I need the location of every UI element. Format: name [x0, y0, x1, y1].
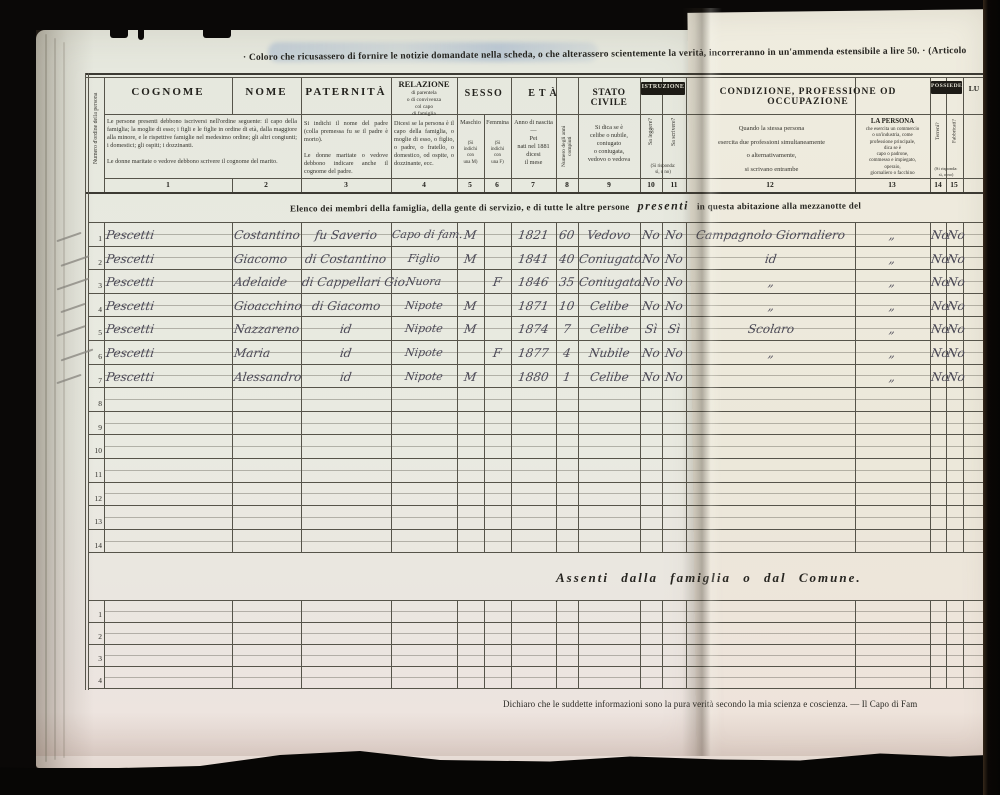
grid-line [88, 246, 983, 247]
grid-line [88, 505, 983, 506]
grid-line [104, 493, 983, 494]
grid-line [104, 423, 983, 424]
cell-nome: Alessandro [234, 370, 299, 384]
cell-anno: 1880 [512, 370, 555, 384]
cell-paternita: id [302, 322, 390, 336]
grid-line [578, 600, 579, 688]
colnum-4: 4 [414, 180, 434, 189]
cell-stato: Celibe [579, 370, 639, 384]
cell-nome: Nazzareno [234, 322, 299, 336]
grid-line [104, 470, 983, 471]
grid-line [556, 600, 557, 688]
cell-fabbricati: No [947, 299, 962, 313]
cell-terreni: No [931, 299, 945, 313]
cell-anno: 1841 [512, 252, 555, 266]
row-number: 4 [89, 676, 102, 685]
desc-paternita: Si indichi il nome del padre (colla prem… [304, 120, 388, 176]
row-number: 12 [89, 494, 102, 503]
page-fold-shadow [682, 8, 722, 756]
row-number: 1 [89, 610, 102, 619]
cell-relazione: Nipote [392, 370, 456, 383]
row-number: 3 [89, 281, 102, 290]
cell-relazione: Nipote [392, 299, 456, 312]
row-number: 1 [89, 234, 102, 243]
cell-relazione: Figlio [392, 252, 456, 265]
grid-line [391, 600, 392, 688]
colnum-13: 13 [882, 180, 902, 189]
grid-line [104, 600, 105, 688]
cell-stato: Nubile [579, 346, 639, 360]
grid-line [930, 222, 931, 552]
desc-stato-civile: Si dica se è celibe o nubile, coniugato … [580, 124, 638, 164]
grid-line [662, 600, 663, 688]
grid-line [88, 340, 983, 341]
header-eta: ETÀ [511, 88, 578, 99]
grid-line [88, 411, 983, 412]
grid-line [104, 517, 983, 518]
row-number: 8 [89, 399, 102, 408]
grid-line [457, 600, 458, 688]
cell-nome: Maria [234, 346, 299, 360]
page-edge-line [45, 34, 47, 762]
grid-line [946, 600, 947, 688]
cell-paternita: id [302, 370, 390, 384]
cell-nome: Adelaide [234, 275, 299, 289]
grid-line [104, 399, 983, 400]
grid-line [662, 222, 663, 552]
cell-cognome: Pescetti [106, 275, 230, 289]
grid-line [88, 529, 983, 530]
colnum-3: 3 [336, 180, 356, 189]
grid-line [88, 644, 983, 645]
label-fabbricati: Fabbricati? [947, 100, 962, 162]
row-number: 6 [89, 352, 102, 361]
grid-line [104, 541, 983, 542]
cell-m: M [458, 299, 483, 313]
grid-line [640, 222, 641, 552]
grid-line [640, 600, 641, 688]
row-number: 4 [89, 305, 102, 314]
cell-relazione: Nuora [392, 275, 456, 288]
header-luogo-fragment: LU [965, 84, 983, 93]
cell-terreni: No [931, 252, 945, 266]
cell-fabbricati: No [947, 370, 962, 384]
grid-line [104, 178, 983, 179]
colnum-10: 10 [641, 180, 661, 189]
grid-line [88, 688, 983, 689]
presenti-caption: Elenco dei membri della famiglia, della … [290, 198, 861, 216]
cell-prof2: „ [856, 346, 928, 360]
header-paternita: PATERNITÀ [301, 86, 391, 98]
grid-line [232, 178, 233, 192]
cell-fabbricati: No [947, 252, 962, 266]
desc-condizione-13: che esercita un commercio o un'industria… [857, 127, 928, 177]
head-la-persona: LA PERSONA [857, 118, 928, 125]
cell-anni: 1 [557, 370, 577, 384]
cell-prof2: „ [856, 228, 928, 242]
header-possiede: POSSIEDE [931, 81, 962, 94]
cell-anni: 35 [557, 275, 577, 289]
cell-anni: 4 [557, 346, 577, 360]
cell-anni: 10 [557, 299, 577, 313]
row-number: 13 [89, 517, 102, 526]
colnum-6: 6 [487, 180, 507, 189]
cell-nome: Giacomo [234, 252, 299, 266]
desc-relazione: Dicesi se la persona è il capo della fam… [394, 120, 454, 168]
row-number: 5 [89, 328, 102, 337]
cell-legge: No [641, 228, 661, 242]
scan-notch-artifact [110, 29, 128, 38]
colnum-11: 11 [664, 180, 684, 189]
label-anni-compiuti: Numero degli anni compiuti [557, 116, 577, 176]
header-nome: NOME [232, 86, 301, 98]
cell-stato: Vedovo [579, 228, 639, 242]
grid-line [104, 114, 983, 115]
colnum-8: 8 [557, 180, 577, 189]
row-number: 10 [89, 446, 102, 455]
cell-anni: 40 [557, 252, 577, 266]
grid-line [484, 600, 485, 688]
cell-cognome: Pescetti [106, 370, 230, 384]
cell-stato: Celibe [579, 322, 639, 336]
cell-paternita: id [302, 346, 390, 360]
row-number: 2 [89, 632, 102, 641]
cell-relazione: Capo di fam. [392, 228, 456, 241]
grid-line [484, 222, 485, 552]
bottom-page-shadow [36, 712, 983, 756]
header-cognome: COGNOME [104, 86, 232, 98]
row-number: 11 [89, 470, 102, 479]
page-edge-line [54, 38, 56, 760]
grid-line [88, 458, 983, 459]
grid-line [855, 222, 856, 552]
cell-fabbricati: No [947, 228, 962, 242]
cell-m: M [458, 228, 483, 242]
cell-anno: 1846 [512, 275, 555, 289]
header-istruzione: ISTRUZIONE [641, 82, 685, 95]
cell-terreni: No [931, 228, 945, 242]
cell-legge: No [641, 275, 661, 289]
cell-fabbricati: No [947, 322, 962, 336]
note-femmina: (Si indichi con una F) [485, 141, 510, 166]
colnum-7: 7 [523, 180, 543, 189]
grid-line [301, 600, 302, 688]
cell-cognome: Pescetti [106, 299, 230, 313]
grid-line [88, 552, 983, 553]
label-terreni: Terreni? [931, 100, 945, 162]
cell-relazione: Nipote [392, 346, 456, 359]
header-sesso: SESSO [457, 88, 511, 99]
row-number: 3 [89, 654, 102, 663]
colnum-15: 15 [944, 180, 964, 189]
cell-anno: 1877 [512, 346, 555, 360]
cell-cognome: Pescetti [106, 252, 230, 266]
grid-line [511, 600, 512, 688]
colnum-1: 1 [158, 180, 178, 189]
cell-nome: Gioacchino [234, 299, 299, 313]
cell-terreni: No [931, 275, 945, 289]
grid-line [511, 222, 512, 552]
grid-line [88, 434, 983, 435]
grid-line [301, 222, 302, 552]
page-edge-line [63, 42, 65, 758]
grid-line [85, 192, 983, 194]
cell-cognome: Pescetti [106, 322, 230, 336]
cell-f: F [485, 275, 510, 289]
cell-legge: No [641, 299, 661, 313]
grid-line [930, 600, 931, 688]
cell-m: M [458, 322, 483, 336]
note-possiede: (Si risponda: sì, o no) [929, 166, 963, 178]
header-relazione-sub: di parentela o di convivenza col capo di… [393, 90, 455, 118]
cell-legge: No [641, 346, 661, 360]
grid-line [104, 222, 105, 552]
cell-prof2: „ [856, 252, 928, 266]
grid-line [88, 269, 983, 270]
cell-terreni: No [931, 346, 945, 360]
grid-line [391, 77, 392, 192]
grid-line [85, 77, 983, 78]
colnum-12: 12 [760, 180, 780, 189]
grid-line [556, 222, 557, 552]
grid-line [85, 73, 983, 75]
cell-paternita: di Giacomo [302, 299, 390, 313]
cell-prof2: „ [856, 322, 928, 336]
grid-line [946, 222, 947, 552]
scan-notch-artifact [138, 27, 144, 40]
grid-line [232, 600, 233, 688]
label-sa-leggere: Sa leggere? [641, 102, 661, 162]
cell-legge: No [641, 252, 661, 266]
grid-line [578, 222, 579, 552]
cell-cognome: Pescetti [106, 346, 230, 360]
cell-anni: 7 [557, 322, 577, 336]
grid-line [963, 222, 964, 552]
cell-terreni: No [931, 370, 945, 384]
grid-line [88, 482, 983, 483]
cell-anno: 1874 [512, 322, 555, 336]
row-number: 14 [89, 541, 102, 550]
cell-stato: Coniugata [579, 275, 639, 289]
scanned-census-sheet: · Coloro che ricusassero di fornire le n… [0, 0, 1000, 795]
grid-line [88, 622, 983, 623]
sub-maschio: Maschio [457, 120, 484, 128]
right-scan-edge [983, 0, 1000, 795]
cell-f: F [485, 346, 510, 360]
cell-m: M [458, 252, 483, 266]
grid-line [88, 316, 983, 317]
grid-line [104, 633, 983, 634]
cell-paternita: di Cappellari Gio. [302, 275, 390, 289]
desc-anno-nascita: Anno di nascita — Pei nati nel 1881 dice… [511, 119, 556, 167]
grid-line [88, 222, 983, 223]
grid-line [104, 611, 983, 612]
grid-line [104, 677, 983, 678]
note-istruzione: (Si risponda: sì, o no) [639, 164, 687, 176]
grid-line [88, 364, 983, 365]
row-number: 9 [89, 423, 102, 432]
cell-fabbricati: No [947, 346, 962, 360]
cell-prof2: „ [856, 370, 928, 384]
header-relazione: RELAZIONE [391, 79, 457, 89]
grid-line [88, 600, 983, 601]
colnum-5: 5 [460, 180, 480, 189]
grid-line [104, 655, 983, 656]
cell-anni: 60 [557, 228, 577, 242]
grid-line [88, 293, 983, 294]
note-maschio: (Si indichi con una M) [458, 141, 483, 166]
grid-line [232, 222, 233, 552]
grid-line [855, 600, 856, 688]
sub-femmina: Femmina [484, 120, 511, 128]
header-stato-civile: STATO CIVILE [578, 88, 640, 108]
desc-cognome-nome: Le persone presenti debbono iscriversi n… [107, 118, 297, 166]
cell-prof2: „ [856, 299, 928, 313]
cell-cognome: Pescetti [106, 228, 230, 242]
grid-line [963, 600, 964, 688]
cell-relazione: Nipote [392, 322, 456, 335]
cell-stato: Coniugato [579, 252, 639, 266]
cell-prof2: „ [856, 275, 928, 289]
cell-terreni: No [931, 322, 945, 336]
cell-fabbricati: No [947, 275, 962, 289]
header-condizione: CONDIZIONE, PROFESSIONE OD OCCUPAZIONE [686, 87, 930, 107]
scan-notch-artifact [203, 29, 231, 38]
row-number: 2 [89, 258, 102, 267]
grid-line [963, 77, 964, 192]
presenti-caption-pre: Elenco dei membri della famiglia, della … [290, 202, 630, 214]
cell-legge: Sì [641, 322, 661, 336]
grid-line [104, 446, 983, 447]
cell-stato: Celibe [579, 299, 639, 313]
grid-line [88, 387, 983, 388]
cell-paternita: di Costantino [302, 252, 390, 266]
cell-anno: 1821 [512, 228, 555, 242]
cell-paternita: fu Saverio [302, 228, 390, 242]
grid-line [85, 73, 86, 690]
cell-anno: 1871 [512, 299, 555, 313]
colnum-9: 9 [599, 180, 619, 189]
colnum-2: 2 [256, 180, 276, 189]
cell-m: M [458, 370, 483, 384]
row-number: 7 [89, 376, 102, 385]
cell-legge: No [641, 370, 661, 384]
order-column-label: Numero d'ordine della persona [89, 80, 103, 176]
grid-line [88, 666, 983, 667]
grid-line [391, 222, 392, 552]
cell-nome: Costantino [234, 228, 299, 242]
grid-line [457, 222, 458, 552]
